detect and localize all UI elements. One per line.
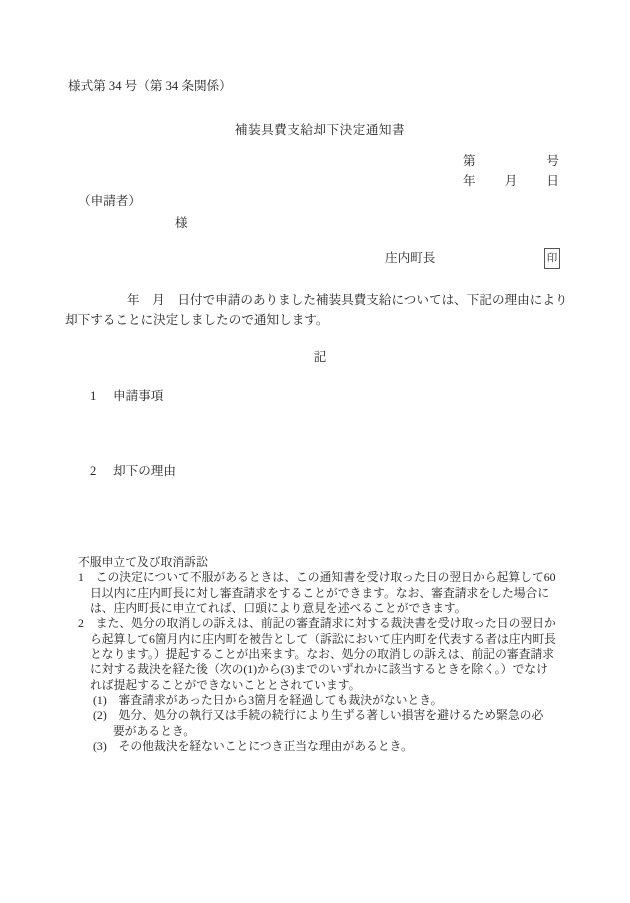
body-line: 却下することに決定しましたので通知します。 [65,310,585,330]
applicant-label: （申請者） [78,194,141,208]
appeal-line: (2) 処分、処分の執行又は手続の続行により生ずる著しい損害を避けるため緊急の必 [78,708,613,723]
appeal-line: ら起算して6箇月内に庄内町を被告として（訴訟において庄内町を代表する者は庄内町長 [78,632,613,647]
body-line: 年 月 日付で申請のありました補装具費支給については、下記の理由により [65,290,585,310]
appeal-heading: 不服申立て及び取消訴訟 [78,555,613,570]
appeal-line: となります。）提起することが出来ます。なお、処分の取消しの訴えは、前記の審査請求 [78,647,613,662]
item-number: 1 [90,389,113,404]
appeal-line: (1) 審査請求があった日から3箇月を経過しても裁決がないとき。 [78,693,613,708]
appeal-section: 不服申立て及び取消訴訟 1 この決定について不服があるときは、この通知書を受け取… [78,555,613,754]
appeal-line: 要があるとき。 [78,724,613,739]
item-number: 2 [90,464,113,479]
seal-mark: 印 [547,254,558,264]
appeal-lines: 1 この決定について不服があるときは、この通知書を受け取った日の翌日から起算して… [78,570,613,754]
appeal-line: (3) その他裁決を経ないことにつき正当な理由があるとき。 [78,739,613,754]
form-number-label: 様式第 34 号（第 34 条関係） [68,79,232,93]
date-year-label: 年 [463,174,476,188]
appeal-line: れば提起することができないこととされています。 [78,678,613,693]
issuer-name: 庄内町長 [385,251,435,265]
document-page: 様式第 34 号（第 34 条関係） 補装具費支給却下決定通知書 第 号 年 月… [0,0,630,903]
date-row: 年 月 日 [463,174,559,188]
appeal-line: 1 この決定について不服があるときは、この通知書を受け取った日の翌日から起算して… [78,570,613,585]
section-marker-ki: 記 [10,346,630,365]
item-label: 却下の理由 [113,464,176,478]
date-day-label: 日 [546,174,559,188]
notice-body: 年 月 日付で申請のありました補装具費支給については、下記の理由により却下するこ… [65,290,585,330]
document-number-row: 第 号 [463,154,559,168]
numbered-item-application: 1申請事項 [90,385,163,404]
appeal-line: は、庄内町長に申立てれば、口頭により意見を述べることができます。 [78,601,613,616]
doc-number-suffix: 号 [546,154,559,168]
appeal-line: に対する裁決を経た後（次の(1)から(3)までのいずれかに該当するときを除く。）… [78,662,613,677]
addressee-honorific: 様 [175,216,188,230]
numbered-item-rejection-reason: 2却下の理由 [90,460,176,479]
document-title: 補装具費支給却下決定通知書 [10,119,630,138]
date-month-label: 月 [505,174,518,188]
appeal-line: 日以内に庄内町長に対し審査請求をすることができます。なお、審査請求をした場合に [78,586,613,601]
doc-number-prefix: 第 [463,154,476,168]
seal-box: 印 [544,248,560,269]
item-label: 申請事項 [113,389,163,403]
appeal-line: 2 また、処分の取消しの訴えは、前記の審査請求に対する裁決書を受け取った日の翌日… [78,616,613,631]
